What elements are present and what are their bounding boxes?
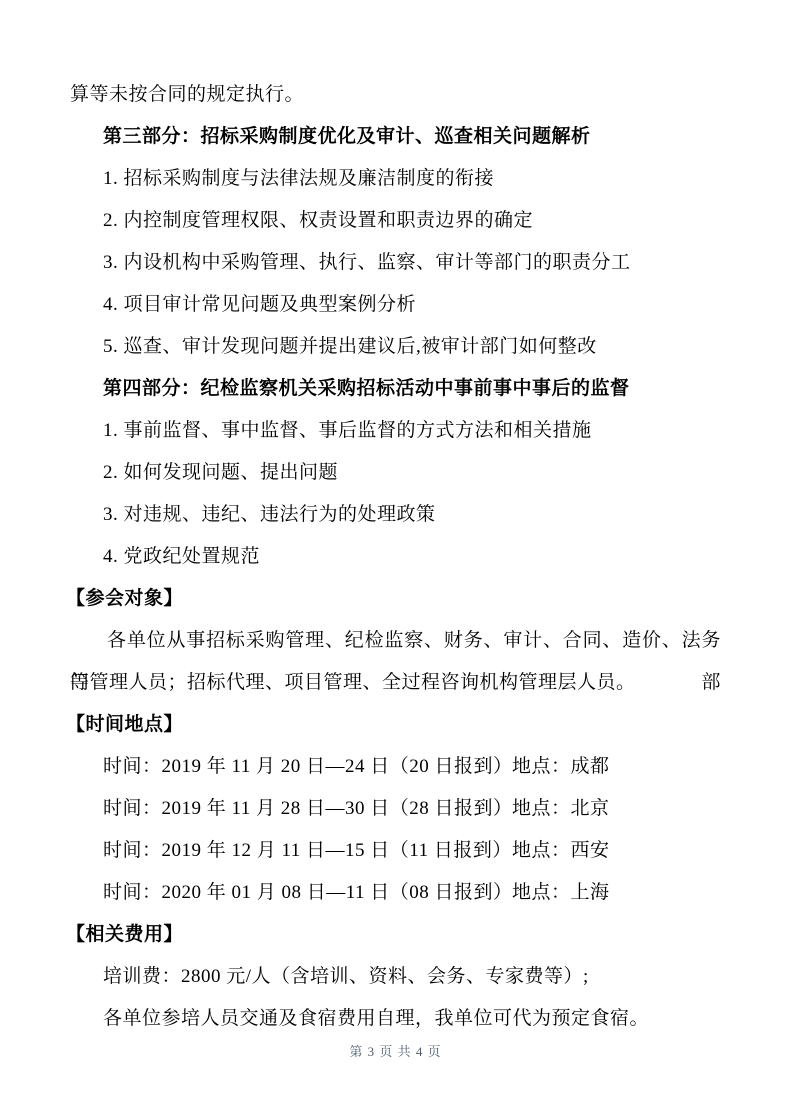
continuation-text: 算等未按合同的规定执行。 [70, 74, 721, 116]
schedule-place-4: 地点：上海 [512, 872, 610, 914]
part4-title: 第四部分：纪检监察机关采购招标活动中事前事中事后的监督 [70, 368, 721, 410]
fees-heading: 【相关费用】 [66, 914, 721, 956]
page-number-footer: 第 3 页 共 4 页 [0, 1042, 791, 1062]
part3-item-2: 2. 内控制度管理权限、权责设置和职责边界的确定 [70, 200, 721, 242]
schedule-place-1: 地点：成都 [512, 746, 610, 788]
document-page: 算等未按合同的规定执行。 第三部分：招标采购制度优化及审计、巡查相关问题解析 1… [0, 0, 791, 1120]
schedule-time-1: 时间：2019 年 11 月 20 日—24 日（20 日报到） [103, 756, 513, 777]
part4-item-1: 1. 事前监督、事中监督、事后监督的方式方法和相关措施 [70, 410, 721, 452]
schedule-heading: 【时间地点】 [66, 704, 721, 746]
schedule-place-2: 地点：北京 [512, 788, 610, 830]
schedule-time-3: 时间：2019 年 12 月 11 日—15 日（11 日报到） [103, 840, 512, 861]
schedule-place-3: 地点：西安 [512, 830, 610, 872]
schedule-row-4: 时间：2020 年 01 月 08 日—11 日（08 日报到） 地点：上海 [70, 872, 721, 914]
attendees-line-1: 各单位从事招标采购管理、纪检监察、财务、审计、合同、造价、法务等部 [70, 620, 721, 662]
fees-line-1: 培训费：2800 元/人（含培训、资料、会务、专家费等）; [70, 956, 721, 998]
part3-item-3: 3. 内设机构中采购管理、执行、监察、审计等部门的职责分工 [70, 242, 721, 284]
part3-item-4: 4. 项目审计常见问题及典型案例分析 [70, 284, 721, 326]
schedule-row-2: 时间：2019 年 11 月 28 日—30 日（28 日报到） 地点：北京 [70, 788, 721, 830]
document-content: 算等未按合同的规定执行。 第三部分：招标采购制度优化及审计、巡查相关问题解析 1… [0, 0, 791, 1040]
attendees-line-2: 门管理人员；招标代理、项目管理、全过程咨询机构管理层人员。 [70, 662, 721, 704]
part4-item-3: 3. 对违规、违纪、违法行为的处理政策 [70, 494, 721, 536]
part3-item-5: 5. 巡查、审计发现问题并提出建议后,被审计部门如何整改 [70, 326, 721, 368]
schedule-row-1: 时间：2019 年 11 月 20 日—24 日（20 日报到） 地点：成都 [70, 746, 721, 788]
schedule-time-2: 时间：2019 年 11 月 28 日—30 日（28 日报到） [103, 798, 513, 819]
schedule-row-3: 时间：2019 年 12 月 11 日—15 日（11 日报到） 地点：西安 [70, 830, 721, 872]
part4-item-2: 2. 如何发现问题、提出问题 [70, 452, 721, 494]
schedule-time-4: 时间：2020 年 01 月 08 日—11 日（08 日报到） [103, 882, 513, 903]
attendees-heading: 【参会对象】 [66, 578, 721, 620]
part4-item-4: 4. 党政纪处置规范 [70, 536, 721, 578]
part3-title: 第三部分：招标采购制度优化及审计、巡查相关问题解析 [70, 116, 721, 158]
part3-item-1: 1. 招标采购制度与法律法规及廉洁制度的衔接 [70, 158, 721, 200]
fees-line-2: 各单位参培人员交通及食宿费用自理，我单位可代为预定食宿。 [70, 998, 721, 1040]
